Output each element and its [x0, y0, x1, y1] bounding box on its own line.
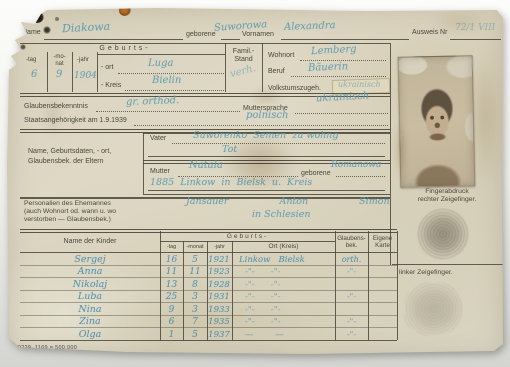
child-tag: 1 — [160, 330, 183, 340]
child-ort: -"- -"- — [245, 305, 281, 315]
right-index-fingerprint — [417, 209, 469, 259]
document-sheet: Name Diakowa geborene Suworowa Vornamen … — [7, 8, 503, 358]
vater-line-2 — [148, 156, 385, 157]
child-monat: 5 — [183, 255, 207, 265]
kinder-glauben-header: Glaubens- bek. — [335, 235, 368, 250]
geburts-title-underline — [97, 54, 225, 55]
fingerabdruck-label-2: rechter Zeigefinger. — [392, 196, 502, 204]
child-ort: -"- -"- — [245, 317, 281, 327]
child-monat: 7 — [183, 317, 207, 327]
table-bottom-border — [20, 340, 397, 341]
name-label: Name — [22, 29, 41, 37]
child-monat: 11 — [183, 267, 207, 277]
stain — [43, 26, 51, 34]
child-tag: 25 — [160, 292, 183, 302]
child-ort: — — — [245, 330, 284, 340]
child-glauben: -"- — [335, 330, 368, 339]
monat-value: 9 — [56, 69, 62, 80]
ausweis-value: 72/1 VIII — [455, 23, 495, 33]
kinder-name-header: Name der Kinder — [20, 238, 160, 246]
geborene-label: geborene — [186, 31, 216, 39]
ausweis-label: Ausweis Nr — [412, 29, 447, 37]
col-line — [97, 52, 98, 92]
name-value: Diakowa — [62, 20, 111, 36]
left-index-fingerprint — [404, 282, 464, 336]
kinder-geburts-header: Geburts- — [160, 233, 335, 241]
child-name: Nina — [40, 304, 140, 315]
scanned-document-page: Name Diakowa geborene Suworowa Vornamen … — [0, 0, 510, 367]
staats-value: polnisch — [246, 110, 288, 121]
wohnort-label: Wohnort — [268, 52, 294, 60]
muttersprache-value: ukrainisch — [316, 91, 370, 105]
name-line — [44, 39, 183, 40]
beruf-label: Beruf — [268, 68, 285, 76]
geburts-box-top — [20, 43, 390, 44]
child-jahr: 1937 — [205, 330, 233, 340]
famil-stand-value: verh. — [229, 63, 257, 80]
mutter-label: Mutter — [150, 168, 170, 176]
form-imprint: A/0229, 1169 = 500.000 — [12, 345, 77, 352]
child-monat: 3 — [183, 292, 207, 302]
child-ort: -"- -"- — [245, 292, 281, 302]
child-name: Anna — [40, 266, 140, 277]
child-name: Nikolaj — [40, 279, 140, 290]
tag-label: -tag — [26, 57, 36, 64]
child-tag: 16 — [160, 255, 183, 265]
mutter-value-2: 1885 Linkow in Bielsk u. Kreis — [150, 177, 312, 188]
muttersprache-line — [295, 113, 388, 114]
ort-line — [118, 73, 224, 74]
child-name: Olga — [40, 329, 140, 340]
fingerprint-section-divider — [392, 264, 504, 265]
kinder-eigene-header: Eigene Karte — [368, 235, 397, 250]
child-monat: 3 — [183, 305, 207, 315]
tag-value: 6 — [31, 69, 37, 80]
ehemann-label-2: (auch Wohnort od. wann u. wo — [24, 208, 116, 216]
volkstum-value: ukrainisch — [338, 80, 381, 89]
child-glauben: orth. — [335, 255, 368, 264]
row-line — [20, 327, 397, 328]
eltern-label-1: Name, Geburtsdaten, - ort, — [28, 148, 111, 156]
staats-line — [134, 125, 388, 126]
child-jahr: 1923 — [205, 267, 233, 277]
row-line — [20, 302, 397, 303]
mutter-value: Natala — [189, 160, 223, 171]
child-jahr: 1935 — [205, 317, 233, 327]
child-ort: -"- -"- — [245, 280, 281, 290]
col-line — [262, 43, 263, 92]
vater-value: Suworenko Semen zu wohng — [193, 130, 339, 141]
ausweis-line — [450, 39, 501, 40]
jahr-label: -jahr — [77, 57, 89, 64]
child-jahr: 1921 — [205, 255, 233, 265]
kreis-label: - Kreis — [101, 82, 121, 90]
vater-value-2: Tot — [222, 144, 237, 155]
right-column-divider — [390, 43, 391, 265]
kinder-ort-header: Ort (Kreis) — [232, 243, 335, 251]
geburts-header-underline — [160, 241, 335, 242]
geburts-title: Geburts- — [60, 45, 190, 53]
ehemann-value-2: in Schlesien — [252, 209, 310, 220]
beruf-value: Bäuerin — [308, 61, 348, 73]
form-content: Name Diakowa geborene Suworowa Vornamen … — [0, 0, 510, 367]
child-jahr: 1928 — [205, 280, 233, 290]
row-line — [20, 277, 397, 278]
child-ort: Linkow Bielsk — [239, 255, 305, 265]
mutter-geborene-line — [336, 176, 385, 177]
kinder-monat-header: -monat — [183, 244, 207, 251]
child-name: Zina — [40, 316, 140, 327]
child-name: Luba — [40, 291, 140, 302]
child-monat: 5 — [183, 330, 207, 340]
linker-zeigefinger-label: linker Zeigefinger. — [399, 269, 453, 277]
wohnort-value: Lemberg — [311, 44, 357, 57]
geborene-line — [221, 39, 240, 40]
vater-label: Vater — [150, 135, 166, 143]
stain — [55, 17, 59, 21]
child-glauben: -"- — [335, 267, 368, 276]
kinder-tag-header: -tag — [160, 244, 183, 251]
child-glauben: -"- — [335, 317, 368, 326]
famil-stand-label: Famil.- Stand — [226, 48, 261, 65]
kreis-line — [125, 90, 224, 91]
ort-value: Luga — [148, 58, 173, 69]
child-ort: -"- -"- — [245, 267, 281, 277]
ort-label: - ort — [101, 64, 113, 72]
portrait-photo — [398, 55, 476, 188]
child-tag: 6 — [160, 317, 183, 327]
stain — [20, 44, 26, 50]
staatsangehoerigkeit-label: Staatsangehörigkeit am 1.9.1939 — [24, 117, 127, 125]
kreis-value: Bielin — [152, 75, 181, 86]
fingerabdruck-label-1: Fingerabdruck — [392, 188, 502, 196]
mutter-geborene-value: Romanowa — [331, 160, 381, 170]
ehemann-value-1: Jansauer Anton Simon — [186, 196, 390, 207]
kinder-jahr-header: -jahr — [207, 244, 232, 251]
child-tag: 9 — [160, 305, 183, 315]
monat-label: -mo- nat — [48, 54, 71, 68]
glaubensbekenntnis-label: Glaubensbekenntnis — [24, 103, 88, 111]
vornamen-value: Alexandra — [284, 20, 336, 33]
ehemann-label-3: verstorben — Glaubensbek.) — [24, 216, 111, 224]
eltern-label-2: Glaubensbek. der Eltern — [28, 158, 104, 166]
child-tag: 13 — [160, 280, 183, 290]
glauben-value: gr. orthod. — [126, 95, 180, 108]
child-tag: 11 — [160, 267, 183, 277]
stain — [31, 12, 44, 23]
vornamen-line — [281, 39, 409, 40]
child-glauben: -"- — [335, 292, 368, 301]
mutter-line-2 — [148, 190, 385, 191]
child-jahr: 1931 — [205, 292, 233, 302]
table-right-border — [397, 231, 398, 340]
child-monat: 8 — [183, 280, 207, 290]
glauben-line — [96, 111, 240, 112]
child-jahr: 1933 — [205, 305, 233, 315]
child-name: Sergej — [40, 254, 140, 265]
vater-line — [172, 143, 385, 144]
eltern-box-bottom — [143, 194, 390, 195]
beruf-line — [291, 76, 386, 77]
jahr-value: 1904 — [74, 71, 97, 81]
vornamen-label: Vornamen — [242, 31, 274, 39]
ehemann-label-1: Personalien des Ehemannes — [24, 200, 111, 208]
col-line — [72, 52, 73, 92]
table-header-bottom — [20, 252, 397, 253]
stain — [119, 5, 131, 16]
